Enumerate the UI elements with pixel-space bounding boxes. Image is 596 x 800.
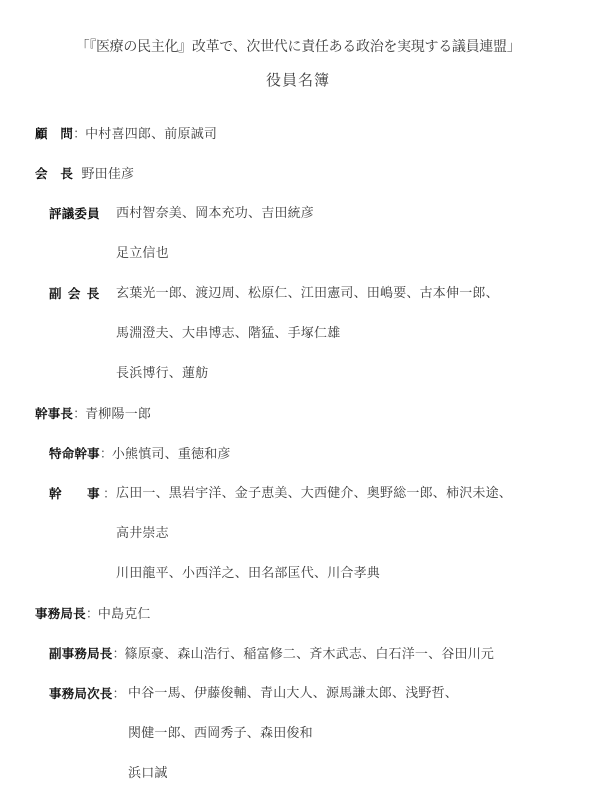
member-names-line: 関健一郎、西岡秀子、森田俊和 — [128, 726, 313, 742]
roster-row-kaicho: 会 長 野田佳彦 — [35, 166, 134, 183]
member-names: 野田佳彦 — [81, 167, 134, 182]
member-names-line: 高井崇志 — [116, 526, 169, 542]
member-names-line: 足立信也 — [116, 246, 169, 262]
document-subtitle: 役員名簿 — [0, 69, 596, 90]
member-names-line: 玄葉光一郎、渡辺周、松原仁、江田憲司、田嶋要、古本伸一郎、 — [116, 286, 499, 302]
role-label: 幹事長 — [35, 406, 73, 422]
separator: ： — [86, 607, 98, 623]
member-names: 中村喜四郎、前原誠司 — [85, 127, 217, 142]
role-label: 副事務局長 — [49, 646, 113, 662]
role-label: 会 長 — [35, 166, 73, 182]
member-names-line: 馬淵澄夫、大串博志、階猛、手塚仁雄 — [116, 326, 340, 342]
document-page: 「『医療の民主化』改革で、次世代に責任ある政治を実現する議員連盟」 役員名簿 顧… — [0, 0, 596, 800]
roster-row-fuku-kaicho: 副 会 長 — [49, 286, 100, 303]
roster-row-tokumei-kanji: 特命幹事：小熊慎司、重徳和彦 — [49, 446, 231, 463]
roster-row-jimukyoku-jicho: 事務局次長： — [49, 686, 125, 703]
roster-row-hyogi-iin: 評議委員 — [49, 206, 100, 223]
role-label: 顧 問 — [35, 126, 73, 142]
member-names-line: 広田一、黒岩宇洋、金子恵美、大西健介、奥野総一郎、柿沢未途、 — [116, 486, 512, 502]
roster-row-fuku-jimukyokucho: 副事務局長：篠原豪、森山浩行、稲富修二、斉木武志、白石洋一、谷田川元 — [49, 646, 494, 663]
member-names-line: 長浜博行、蓮舫 — [116, 366, 208, 382]
member-names: 篠原豪、森山浩行、稲富修二、斉木武志、白石洋一、谷田川元 — [125, 647, 495, 662]
separator: ： — [113, 647, 125, 663]
member-names-line: 西村智奈美、岡本充功、吉田統彦 — [116, 206, 314, 222]
member-names: 小熊慎司、重徳和彦 — [112, 447, 231, 462]
member-names: 青柳陽一郎 — [85, 407, 151, 422]
roster-row-kanjicho: 幹事長：青柳陽一郎 — [35, 406, 151, 423]
document-title: 「『医療の民主化』改革で、次世代に責任ある政治を実現する議員連盟」 — [0, 36, 596, 56]
separator: ： — [103, 487, 115, 503]
role-label: 副 会 長 — [49, 286, 100, 302]
member-names-line: 浜口誠 — [128, 766, 168, 782]
role-label: 事務局次長 — [49, 686, 113, 702]
role-label: 事務局長 — [35, 606, 86, 622]
roster-row-kanji: 幹 事： — [49, 486, 115, 503]
separator: ： — [73, 407, 85, 423]
role-label: 特命幹事 — [49, 446, 100, 462]
member-names-line: 川田龍平、小西洋之、田名部匡代、川合孝典 — [116, 566, 380, 582]
role-label: 幹 事 — [49, 486, 103, 502]
separator: ： — [113, 687, 125, 703]
role-label: 評議委員 — [49, 206, 100, 222]
roster-row-komon: 顧 問：中村喜四郎、前原誠司 — [35, 126, 217, 143]
member-names-line: 中谷一馬、伊藤俊輔、青山大人、源馬謙太郎、浅野哲、 — [128, 686, 458, 702]
separator: ： — [100, 447, 112, 463]
member-names: 中島克仁 — [98, 607, 151, 622]
roster-row-jimukyokucho: 事務局長：中島克仁 — [35, 606, 151, 623]
separator: ： — [73, 127, 85, 143]
